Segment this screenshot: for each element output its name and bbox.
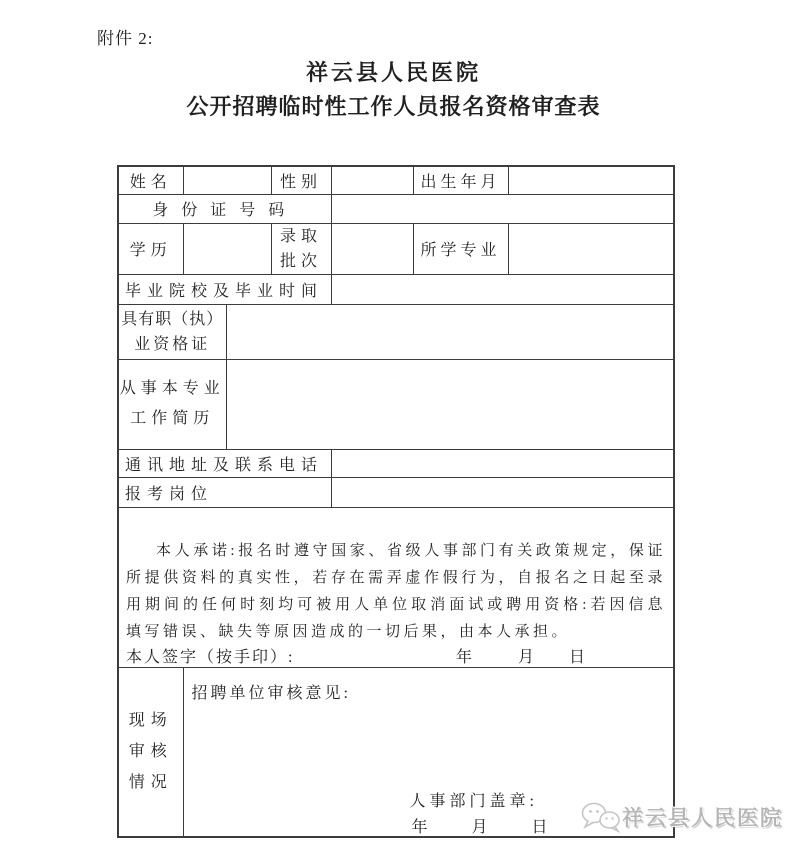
birth-date-value-cell: [508, 166, 674, 194]
wechat-logo-icon: [580, 800, 622, 834]
form-title: 公开招聘临时性工作人员报名资格审查表: [0, 90, 787, 121]
name-label: 姓名: [118, 166, 183, 194]
signature-day-label: 日: [569, 644, 585, 667]
review-year-label: 年: [412, 814, 428, 837]
review-month-label: 月: [472, 814, 488, 837]
major-label: 所学专业: [413, 223, 508, 274]
admission-batch-line1: 录取: [272, 224, 331, 249]
row-certificate: 具有职（执） 业资格证: [118, 304, 674, 359]
contact-value-cell: [331, 449, 674, 477]
certificate-label: 具有职（执） 业资格证: [118, 304, 226, 359]
gender-value-cell: [331, 166, 413, 194]
row-id-number: 身份证号码: [118, 194, 674, 223]
education-label: 学历: [118, 223, 183, 274]
position-value-cell: [331, 477, 674, 507]
birth-date-label: 出生年月: [413, 166, 508, 194]
graduation-value-cell: [331, 274, 674, 304]
row-education: 学历 录取 批次 所学专业: [118, 223, 674, 274]
admission-batch-value-cell: [331, 223, 413, 274]
pledge-cell: 本人承诺:报名时遵守国家、省级人事部门有关政策规定，保证所提供资料的真实性，若存…: [118, 507, 674, 667]
onsite-review-label: 现场 审核 情况: [118, 667, 183, 837]
signature-month-label: 月: [518, 644, 534, 667]
signature-year-label: 年: [456, 644, 472, 667]
experience-label: 从事本专业 工作简历: [118, 359, 226, 449]
admission-batch-line2: 批次: [272, 249, 331, 274]
id-number-value-cell: [331, 194, 674, 223]
hr-seal-label: 人事部门盖章:: [410, 788, 538, 811]
document-page: { "header": { "attachment": "附件 2:", "ti…: [0, 0, 787, 853]
admission-batch-label: 录取 批次: [271, 223, 331, 274]
education-value-cell: [183, 223, 271, 274]
name-value-cell: [183, 166, 271, 194]
row-graduation: 毕业院校及毕业时间: [118, 274, 674, 304]
certificate-label-line2: 业资格证: [119, 332, 226, 357]
position-label: 报考岗位: [118, 477, 331, 507]
row-pledge: 本人承诺:报名时遵守国家、省级人事部门有关政策规定，保证所提供资料的真实性，若存…: [118, 507, 674, 667]
experience-label-line1: 从事本专业: [119, 374, 226, 404]
application-form-table: 姓名 性别 出生年月 身份证号码 学历 录取 批次 所学专业 毕业院校及毕业时间…: [117, 165, 675, 838]
onsite-label-line1: 现场: [119, 705, 183, 736]
watermark: 祥云县人民医院: [580, 800, 783, 834]
row-basic-info: 姓名 性别 出生年月: [118, 166, 674, 194]
certificate-label-line1: 具有职（执）: [119, 307, 226, 332]
signature-line: 本人签字（按手印）: 年 月 日: [126, 644, 666, 666]
hospital-title: 祥云县人民医院: [0, 56, 787, 87]
pledge-text: 本人承诺:报名时遵守国家、省级人事部门有关政策规定，保证所提供资料的真实性，若存…: [126, 538, 666, 646]
major-value-cell: [508, 223, 674, 274]
id-number-label: 身份证号码: [118, 194, 331, 223]
graduation-label: 毕业院校及毕业时间: [118, 274, 331, 304]
row-contact: 通讯地址及联系电话: [118, 449, 674, 477]
experience-value-cell: [226, 359, 674, 449]
watermark-text: 祥云县人民医院: [622, 802, 783, 832]
contact-label: 通讯地址及联系电话: [118, 449, 331, 477]
certificate-value-cell: [226, 304, 674, 359]
attachment-label: 附件 2:: [97, 24, 153, 49]
review-day-label: 日: [532, 814, 548, 837]
recruiting-unit-opinion-label: 招聘单位审核意见:: [192, 680, 351, 703]
row-experience: 从事本专业 工作简历: [118, 359, 674, 449]
onsite-label-line2: 审核: [119, 736, 183, 767]
experience-label-line2: 工作简历: [119, 404, 226, 434]
signature-label: 本人签字（按手印）:: [126, 644, 294, 667]
gender-label: 性别: [271, 166, 331, 194]
row-position: 报考岗位: [118, 477, 674, 507]
onsite-label-line3: 情况: [119, 767, 183, 798]
